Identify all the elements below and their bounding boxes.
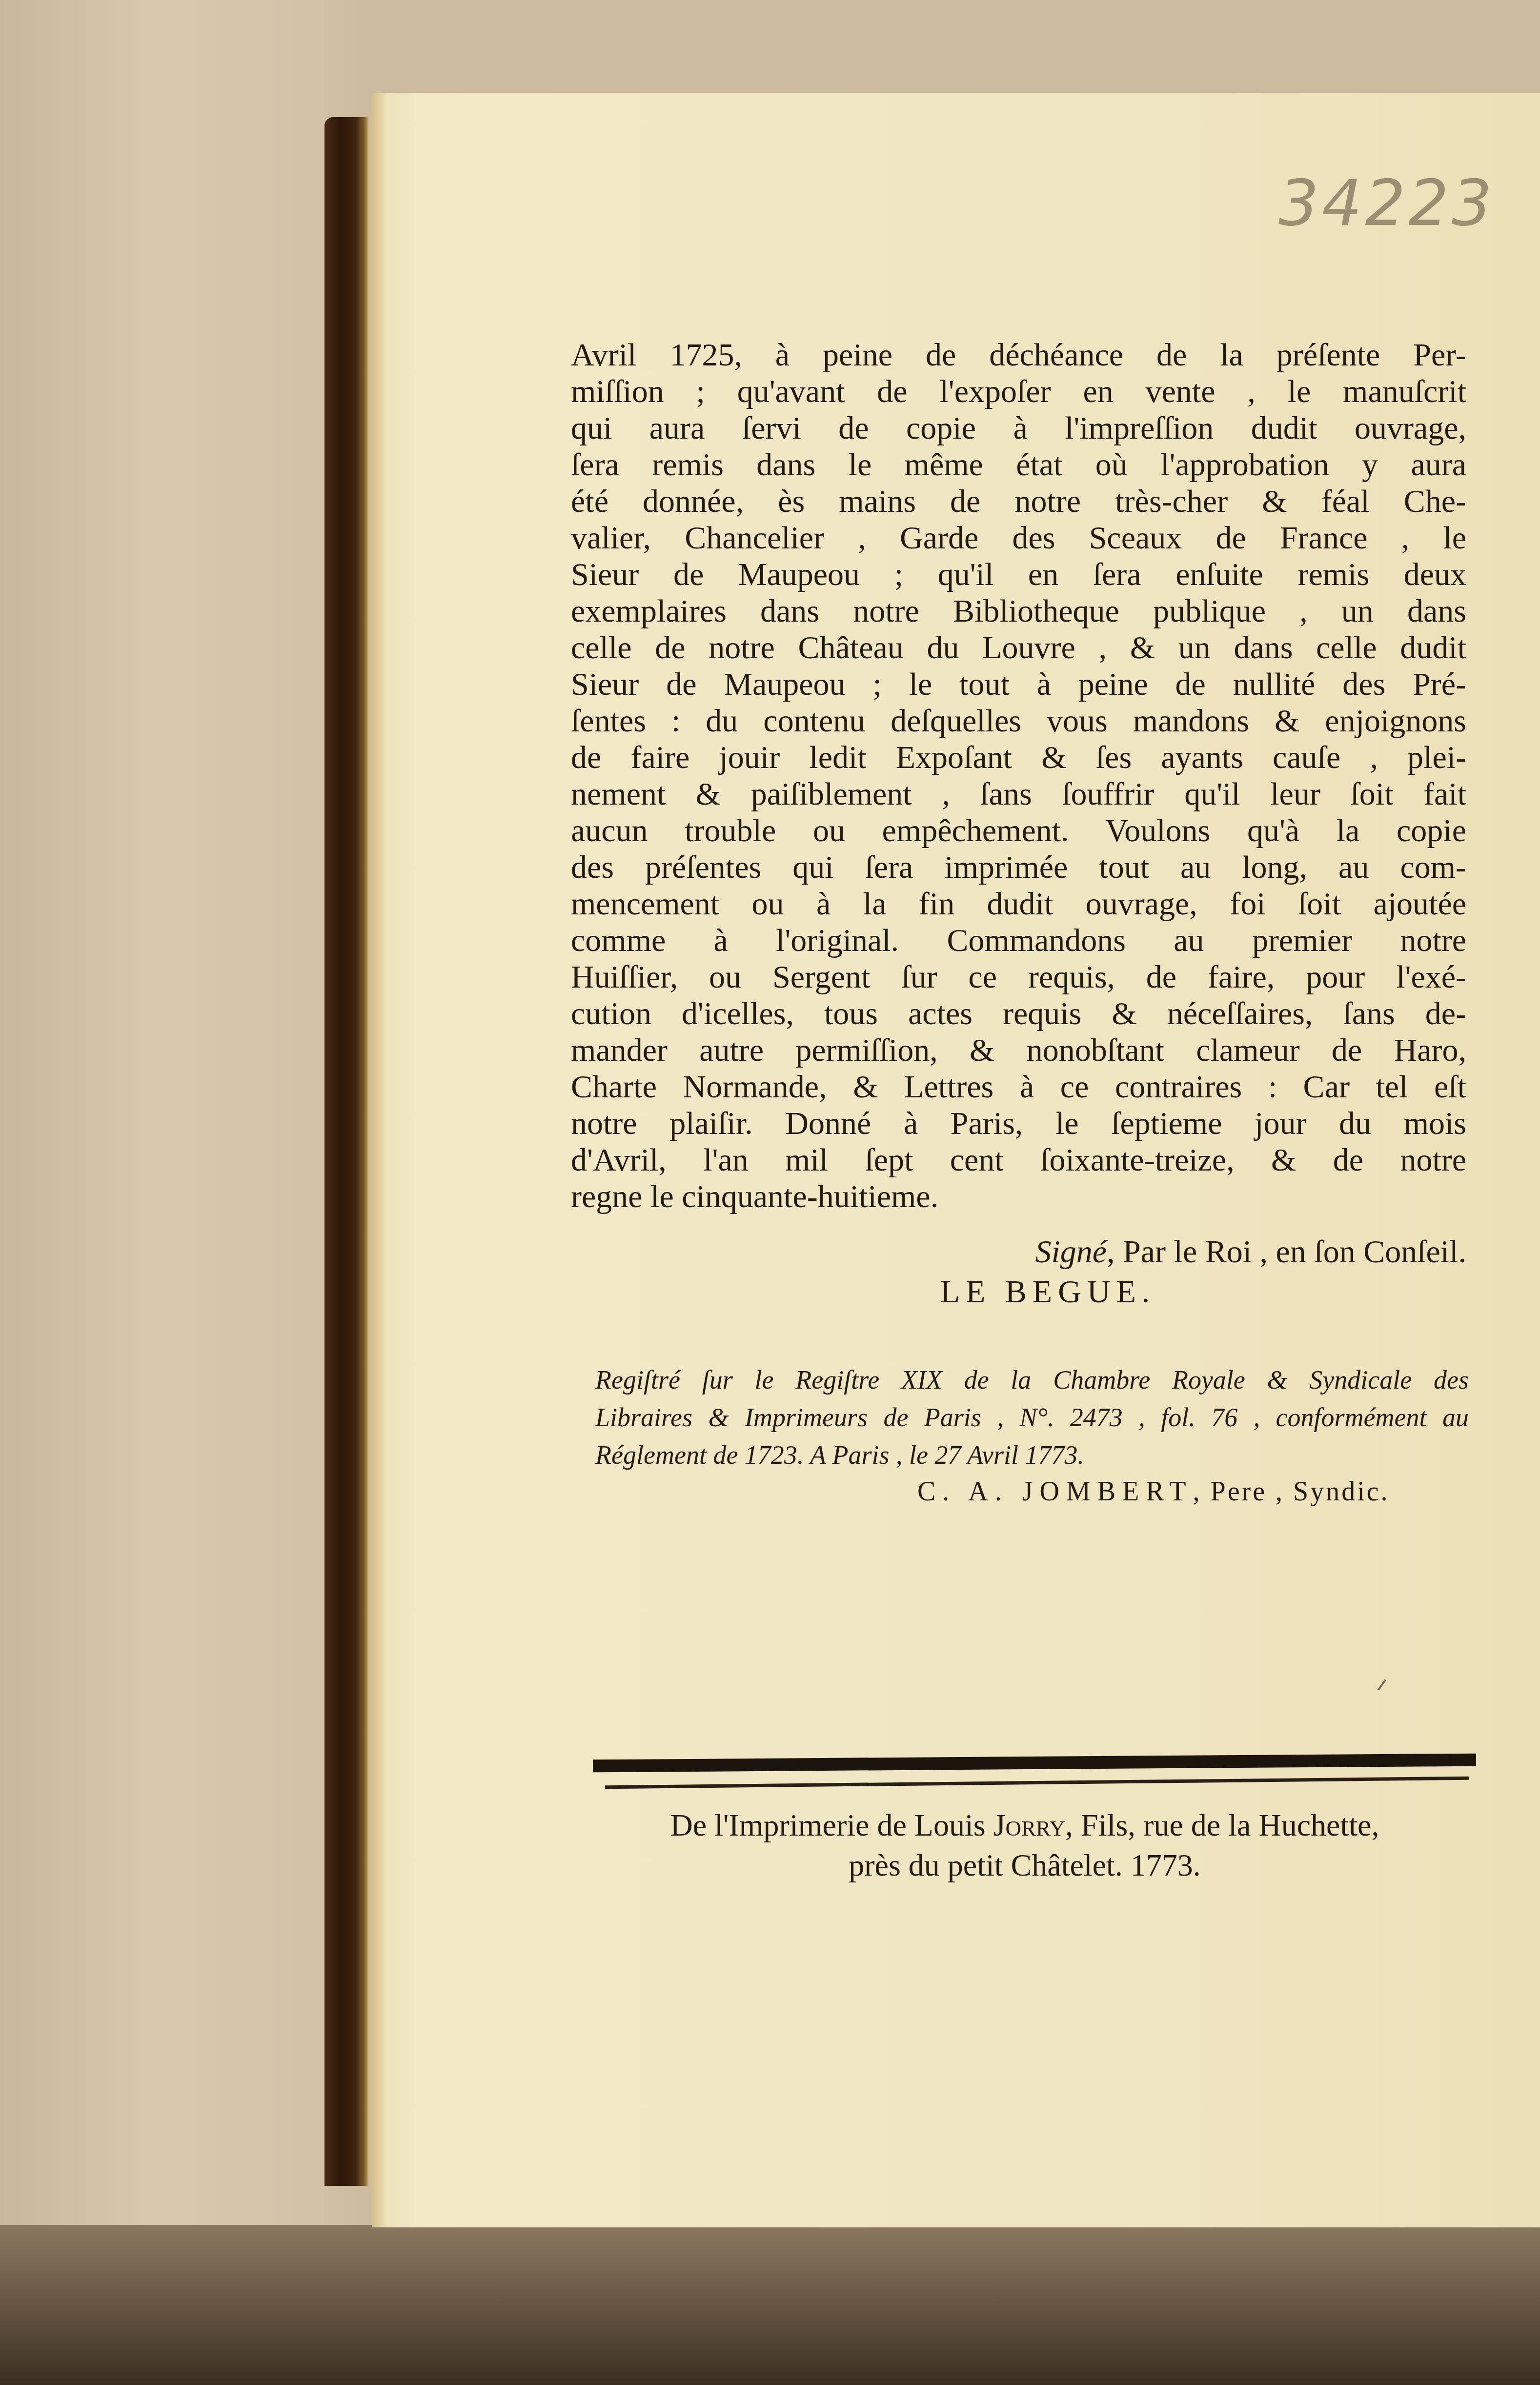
registry-line: Réglement de 1723. A Paris , le 27 Avril…	[595, 1436, 1469, 1474]
signed-word: Signé	[1035, 1234, 1107, 1270]
imprint-text: De l'Imprimerie de Louis	[670, 1808, 993, 1842]
text-line: exemplaires dans notre Bibliotheque publ…	[571, 593, 1466, 629]
text-line: regne le cinquante-huitieme.	[571, 1178, 1466, 1215]
text-line: aucun trouble ou empêchement. Voulons qu…	[571, 812, 1466, 849]
imprint-text: , Fils, rue de la Huchette,	[1065, 1808, 1379, 1842]
text-line: de faire jouir ledit Expoſant & ſes ayan…	[571, 739, 1466, 776]
printer-imprint: De l'Imprimerie de Louis Jorry, Fils, ru…	[571, 1805, 1479, 1885]
table-surface-shadow	[0, 2225, 1540, 2385]
syndic-name: C. A. JOMBERT	[917, 1476, 1193, 1507]
signer-name: LE BEGUE.	[571, 1273, 1466, 1311]
syndic-title: , Pere , Syndic.	[1193, 1476, 1389, 1507]
text-line: ſera remis dans le même état où l'approb…	[571, 446, 1466, 483]
registry-line: Libraires & Imprimeurs de Paris , N°. 24…	[595, 1399, 1469, 1436]
text-line: mander autre permiſſion, & nonobſtant cl…	[571, 1032, 1466, 1069]
text-line: des préſentes qui ſera imprimée tout au …	[571, 849, 1466, 886]
text-line: Huiſſier, ou Sergent ſur ce requis, de f…	[571, 959, 1466, 995]
book-spine	[324, 117, 368, 2186]
text-line: notre plaiſir. Donné à Paris, le ſeptiem…	[571, 1105, 1466, 1142]
text-line: cution d'icelles, tous actes requis & né…	[571, 995, 1466, 1032]
page-gutter	[372, 93, 386, 2227]
text-line: Sieur de Maupeou ; le tout à peine de nu…	[571, 666, 1466, 703]
text-line: été donnée, ès mains de notre très-cher …	[571, 483, 1466, 520]
text-line: mencement ou à la fin dudit ouvrage, foi…	[571, 886, 1466, 922]
text-line: d'Avril, l'an mil ſept cent ſoixante-tre…	[571, 1142, 1466, 1178]
signed-rest: , Par le Roi , en ſon Conſeil.	[1107, 1234, 1466, 1270]
text-line: ſentes : du contenu deſquelles vous mand…	[571, 703, 1466, 739]
registry-line: Regiſtré ſur le Regiſtre XIX de la Chamb…	[595, 1361, 1469, 1399]
text-line: celle de notre Château du Louvre , & un …	[571, 629, 1466, 666]
text-line: Charte Normande, & Lettres à ce contrair…	[571, 1069, 1466, 1105]
text-line: Sieur de Maupeou ; qu'il en ſera enſuite…	[571, 556, 1466, 593]
privilege-text: Avril 1725, à peine de déchéance de la p…	[571, 337, 1466, 1215]
text-line: qui aura ſervi de copie à l'impreſſion d…	[571, 410, 1466, 446]
syndic-signature: C. A. JOMBERT, Pere , Syndic.	[917, 1476, 1390, 1507]
imprint-line-2: près du petit Châtelet. 1773.	[571, 1845, 1479, 1885]
registry-note: Regiſtré ſur le Regiſtre XIX de la Chamb…	[595, 1361, 1469, 1474]
text-line: Avril 1725, à peine de déchéance de la p…	[571, 337, 1466, 373]
text-line: comme à l'original. Commandons au premie…	[571, 922, 1466, 959]
text-line: valier, Chancelier , Garde des Sceaux de…	[571, 520, 1466, 556]
text-line: miſſion ; qu'avant de l'expoſer en vente…	[571, 373, 1466, 410]
text-line: nement & paiſiblement , ſans ſouffrir qu…	[571, 776, 1466, 812]
signature-line: Signé, Par le Roi , en ſon Conſeil.	[571, 1233, 1466, 1270]
handwritten-shelfmark: 34223	[1278, 166, 1495, 240]
printer-name: Jorry	[993, 1808, 1065, 1842]
imprint-line-1: De l'Imprimerie de Louis Jorry, Fils, ru…	[571, 1805, 1479, 1845]
